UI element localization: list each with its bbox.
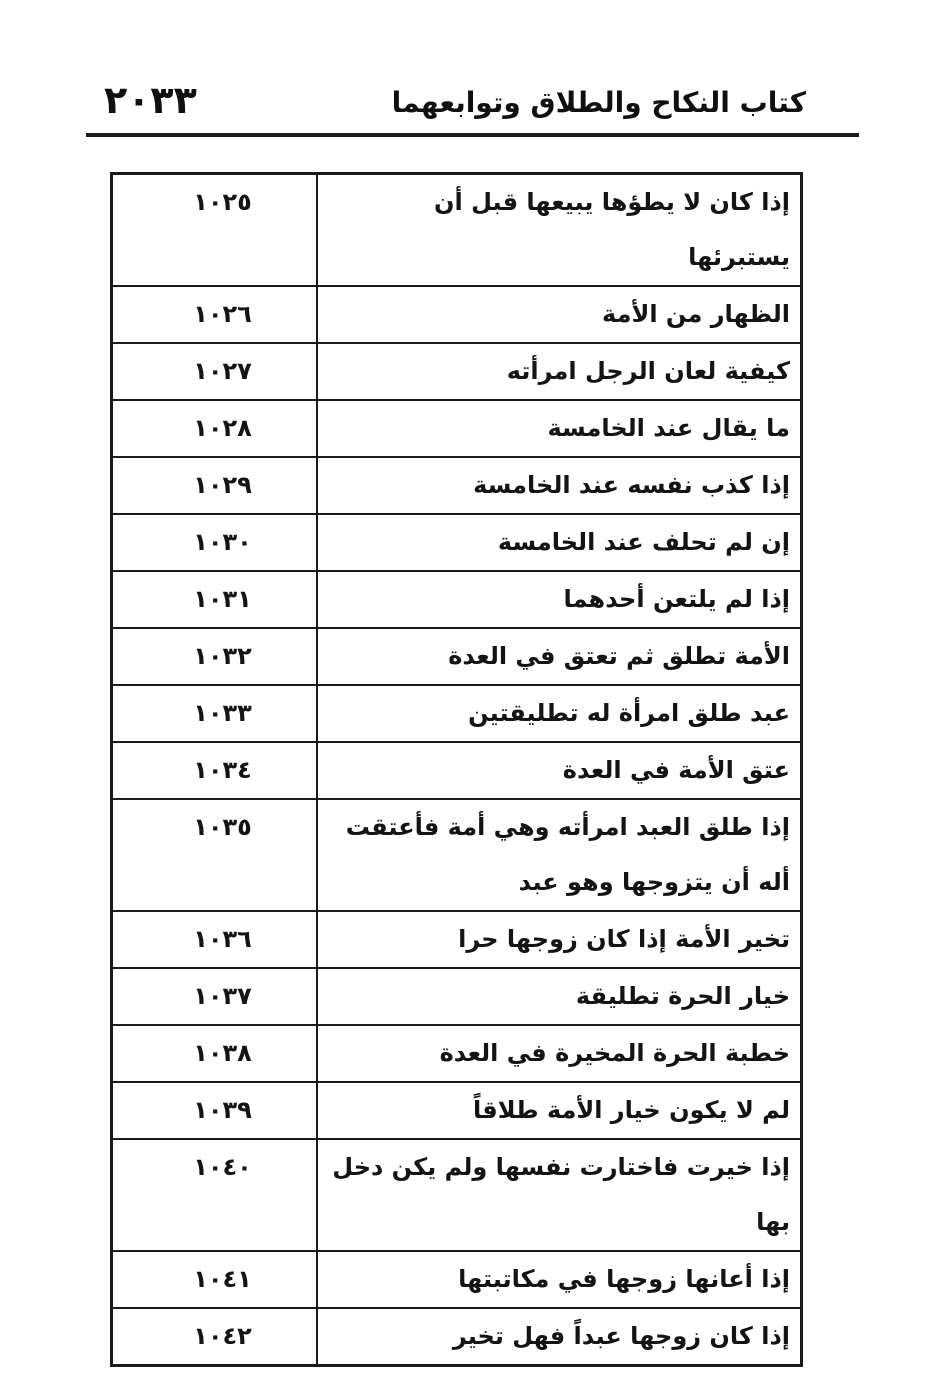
chapter-title-cell: إذا خيرت فاختارت نفسها ولم يكن دخل بها <box>318 1140 800 1250</box>
table-row: ١٠٤١ إذا أعانها زوجها في مكاتبتها <box>113 1252 800 1309</box>
page-number-cell: ١٠٢٩ <box>113 458 318 513</box>
table-row: ١٠٢٩ إذا كذب نفسه عند الخامسة <box>113 458 800 515</box>
page-number-cell: ١٠٣٨ <box>113 1026 318 1081</box>
page-number-cell: ١٠٣١ <box>113 572 318 627</box>
page-number-cell: ١٠٤٠ <box>113 1140 318 1250</box>
table-row: ١٠٢٧ كيفية لعان الرجل امرأته <box>113 344 800 401</box>
chapter-title-cell: إذا كذب نفسه عند الخامسة <box>318 458 800 513</box>
chapter-title-cell: تخير الأمة إذا كان زوجها حرا <box>318 912 800 967</box>
chapter-title-cell: إن لم تحلف عند الخامسة <box>318 515 800 570</box>
chapter-title-cell: الأمة تطلق ثم تعتق في العدة <box>318 629 800 684</box>
chapter-title-cell: إذا أعانها زوجها في مكاتبتها <box>318 1252 800 1307</box>
page-number-cell: ١٠٣٧ <box>113 969 318 1024</box>
page-number: ٢٠٣٣ <box>104 78 197 122</box>
table-row: ١٠٣٦ تخير الأمة إذا كان زوجها حرا <box>113 912 800 969</box>
table-row: ١٠٤٢ إذا كان زوجها عبداً فهل تخير <box>113 1309 800 1364</box>
table-row: ١٠٤٠ إذا خيرت فاختارت نفسها ولم يكن دخل … <box>113 1140 800 1252</box>
page-number-cell: ١٠٣٢ <box>113 629 318 684</box>
chapter-title-cell: عتق الأمة في العدة <box>318 743 800 798</box>
page-number-cell: ١٠٢٥ <box>113 175 318 285</box>
chapter-title-cell: خطبة الحرة المخيرة في العدة <box>318 1026 800 1081</box>
page-number-cell: ١٠٢٨ <box>113 401 318 456</box>
chapter-title-cell: الظهار من الأمة <box>318 287 800 342</box>
table-row: ١٠٣٩ لم لا يكون خيار الأمة طلاقاً <box>113 1083 800 1140</box>
page-number-cell: ١٠٢٧ <box>113 344 318 399</box>
page-number-cell: ١٠٤٢ <box>113 1309 318 1364</box>
chapter-title-cell: عبد طلق امرأة له تطليقتين <box>318 686 800 741</box>
table-row: ١٠٣٢ الأمة تطلق ثم تعتق في العدة <box>113 629 800 686</box>
table-row: ١٠٣٠ إن لم تحلف عند الخامسة <box>113 515 800 572</box>
page-number-cell: ١٠٣٦ <box>113 912 318 967</box>
chapter-title-cell: إذا كان لا يطؤها يبيعها قبل أن يستبرئها <box>318 175 800 285</box>
page-number-cell: ١٠٣٤ <box>113 743 318 798</box>
table-row: ١٠٣٨ خطبة الحرة المخيرة في العدة <box>113 1026 800 1083</box>
page-number-cell: ١٠٣٠ <box>113 515 318 570</box>
table-row: ١٠٢٦ الظهار من الأمة <box>113 287 800 344</box>
chapter-title-cell: إذا لم يلتعن أحدهما <box>318 572 800 627</box>
page-number-cell: ١٠٣٣ <box>113 686 318 741</box>
table-row: ١٠٢٨ ما يقال عند الخامسة <box>113 401 800 458</box>
table-of-contents: ١٠٢٥ إذا كان لا يطؤها يبيعها قبل أن يستب… <box>110 172 803 1367</box>
chapter-title-cell: إذا طلق العبد امرأته وهي أمة فأعتقت أله … <box>318 800 800 910</box>
header-divider-rule <box>86 133 859 137</box>
chapter-title-cell: كيفية لعان الرجل امرأته <box>318 344 800 399</box>
table-row: ١٠٣١ إذا لم يلتعن أحدهما <box>113 572 800 629</box>
page-number-cell: ١٠٤١ <box>113 1252 318 1307</box>
table-row: ١٠٣٣ عبد طلق امرأة له تطليقتين <box>113 686 800 743</box>
table-row: ١٠٣٤ عتق الأمة في العدة <box>113 743 800 800</box>
table-row: ١٠٣٧ خيار الحرة تطليقة <box>113 969 800 1026</box>
page-number-cell: ١٠٣٩ <box>113 1083 318 1138</box>
table-row: ١٠٣٥ إذا طلق العبد امرأته وهي أمة فأعتقت… <box>113 800 800 912</box>
chapter-title-cell: ما يقال عند الخامسة <box>318 401 800 456</box>
page-number-cell: ١٠٢٦ <box>113 287 318 342</box>
book-section-title: كتاب النكاح والطلاق وتوابعهما <box>430 86 806 119</box>
page-number-cell: ١٠٣٥ <box>113 800 318 910</box>
scanned-book-page: ٢٠٣٣ كتاب النكاح والطلاق وتوابعهما ١٠٢٥ … <box>0 0 936 1379</box>
chapter-title-cell: إذا كان زوجها عبداً فهل تخير <box>318 1309 800 1364</box>
chapter-title-cell: لم لا يكون خيار الأمة طلاقاً <box>318 1083 800 1138</box>
chapter-title-cell: خيار الحرة تطليقة <box>318 969 800 1024</box>
table-row: ١٠٢٥ إذا كان لا يطؤها يبيعها قبل أن يستب… <box>113 175 800 287</box>
